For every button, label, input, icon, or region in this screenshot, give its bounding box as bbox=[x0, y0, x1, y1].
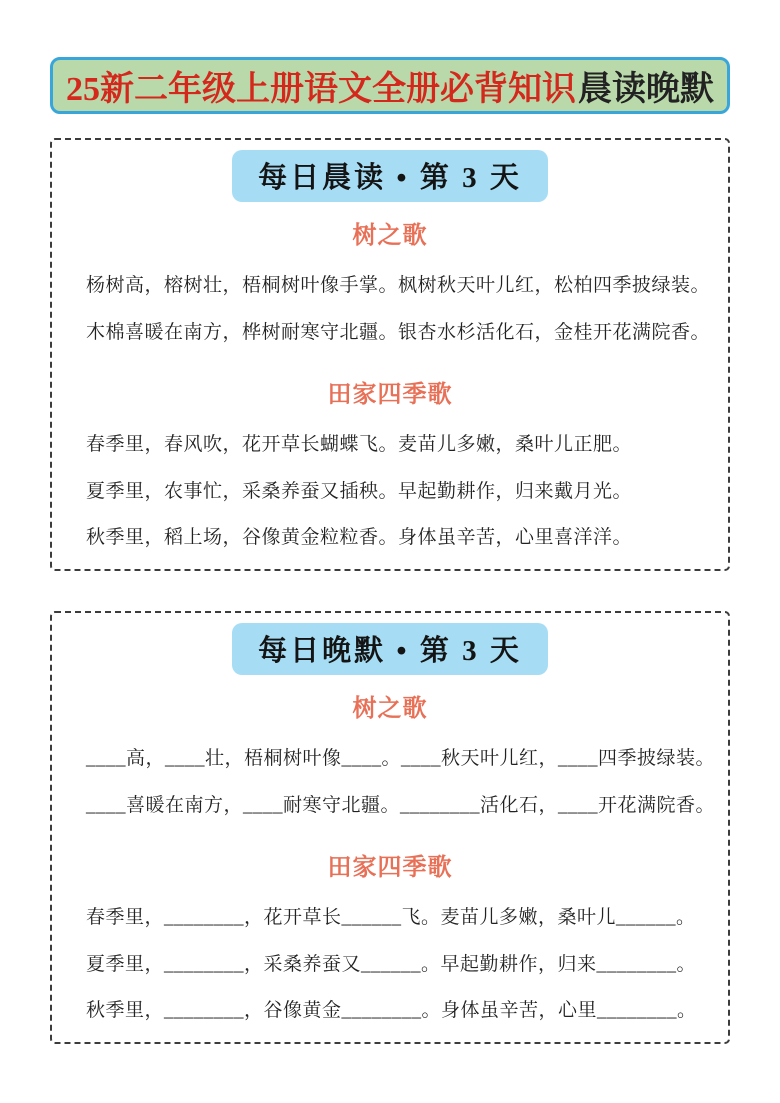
poem-line: 木棉喜暖在南方，桦树耐寒守北疆。银杏水杉活化石，金桂开花满院香。 bbox=[74, 322, 706, 344]
poem-line: 杨树高，榕树壮，梧桐树叶像手掌。枫树秋天叶儿红，松柏四季披绿装。 bbox=[74, 275, 706, 297]
poem-line-blank: 秋季里，________，谷像黄金________。身体虽辛苦，心里______… bbox=[74, 1000, 706, 1022]
poem-line: 春季里，春风吹，花开草长蝴蝶飞。麦苗儿多嫩，桑叶儿正肥。 bbox=[74, 434, 706, 456]
morning-reading-section: 每日晨读 • 第 3 天 树之歌 杨树高，榕树壮，梧桐树叶像手掌。枫树秋天叶儿红… bbox=[50, 138, 730, 571]
header-title-suffix: 晨读晚默 bbox=[578, 61, 714, 110]
poem-title-tianjiasijige: 田家四季歌 bbox=[74, 374, 706, 409]
poem-line-blank: ____高，____壮，梧桐树叶像____。____秋天叶儿红，____四季披绿… bbox=[74, 748, 706, 770]
evening-day-badge: 每日晚默 • 第 3 天 bbox=[232, 623, 548, 675]
header-title-red: 25新二年级上册语文全册必背知识 bbox=[66, 61, 576, 110]
morning-day-badge: 每日晨读 • 第 3 天 bbox=[232, 150, 548, 202]
poem-title-shuzhige: 树之歌 bbox=[74, 215, 706, 250]
poem-line-blank: 春季里，________，花开草长______飞。麦苗儿多嫩，桑叶儿______… bbox=[74, 907, 706, 929]
poem-line-blank: 夏季里，________，采桑养蚕又______。早起勤耕作，归来_______… bbox=[74, 954, 706, 976]
worksheet-page: 25新二年级上册语文全册必背知识 晨读晚默 每日晨读 • 第 3 天 树之歌 杨… bbox=[50, 0, 730, 1044]
poem-title-tianjiasijige: 田家四季歌 bbox=[74, 847, 706, 882]
poem-line: 夏季里，农事忙，采桑养蚕又插秧。早起勤耕作，归来戴月光。 bbox=[74, 481, 706, 503]
poem-title-shuzhige: 树之歌 bbox=[74, 688, 706, 723]
header-banner: 25新二年级上册语文全册必背知识 晨读晚默 bbox=[50, 57, 730, 114]
evening-recitation-section: 每日晚默 • 第 3 天 树之歌 ____高，____壮，梧桐树叶像____。_… bbox=[50, 611, 730, 1044]
poem-line-blank: ____喜暖在南方，____耐寒守北疆。________活化石，____开花满院… bbox=[74, 795, 706, 817]
poem-line: 秋季里，稻上场，谷像黄金粒粒香。身体虽辛苦，心里喜洋洋。 bbox=[74, 527, 706, 549]
